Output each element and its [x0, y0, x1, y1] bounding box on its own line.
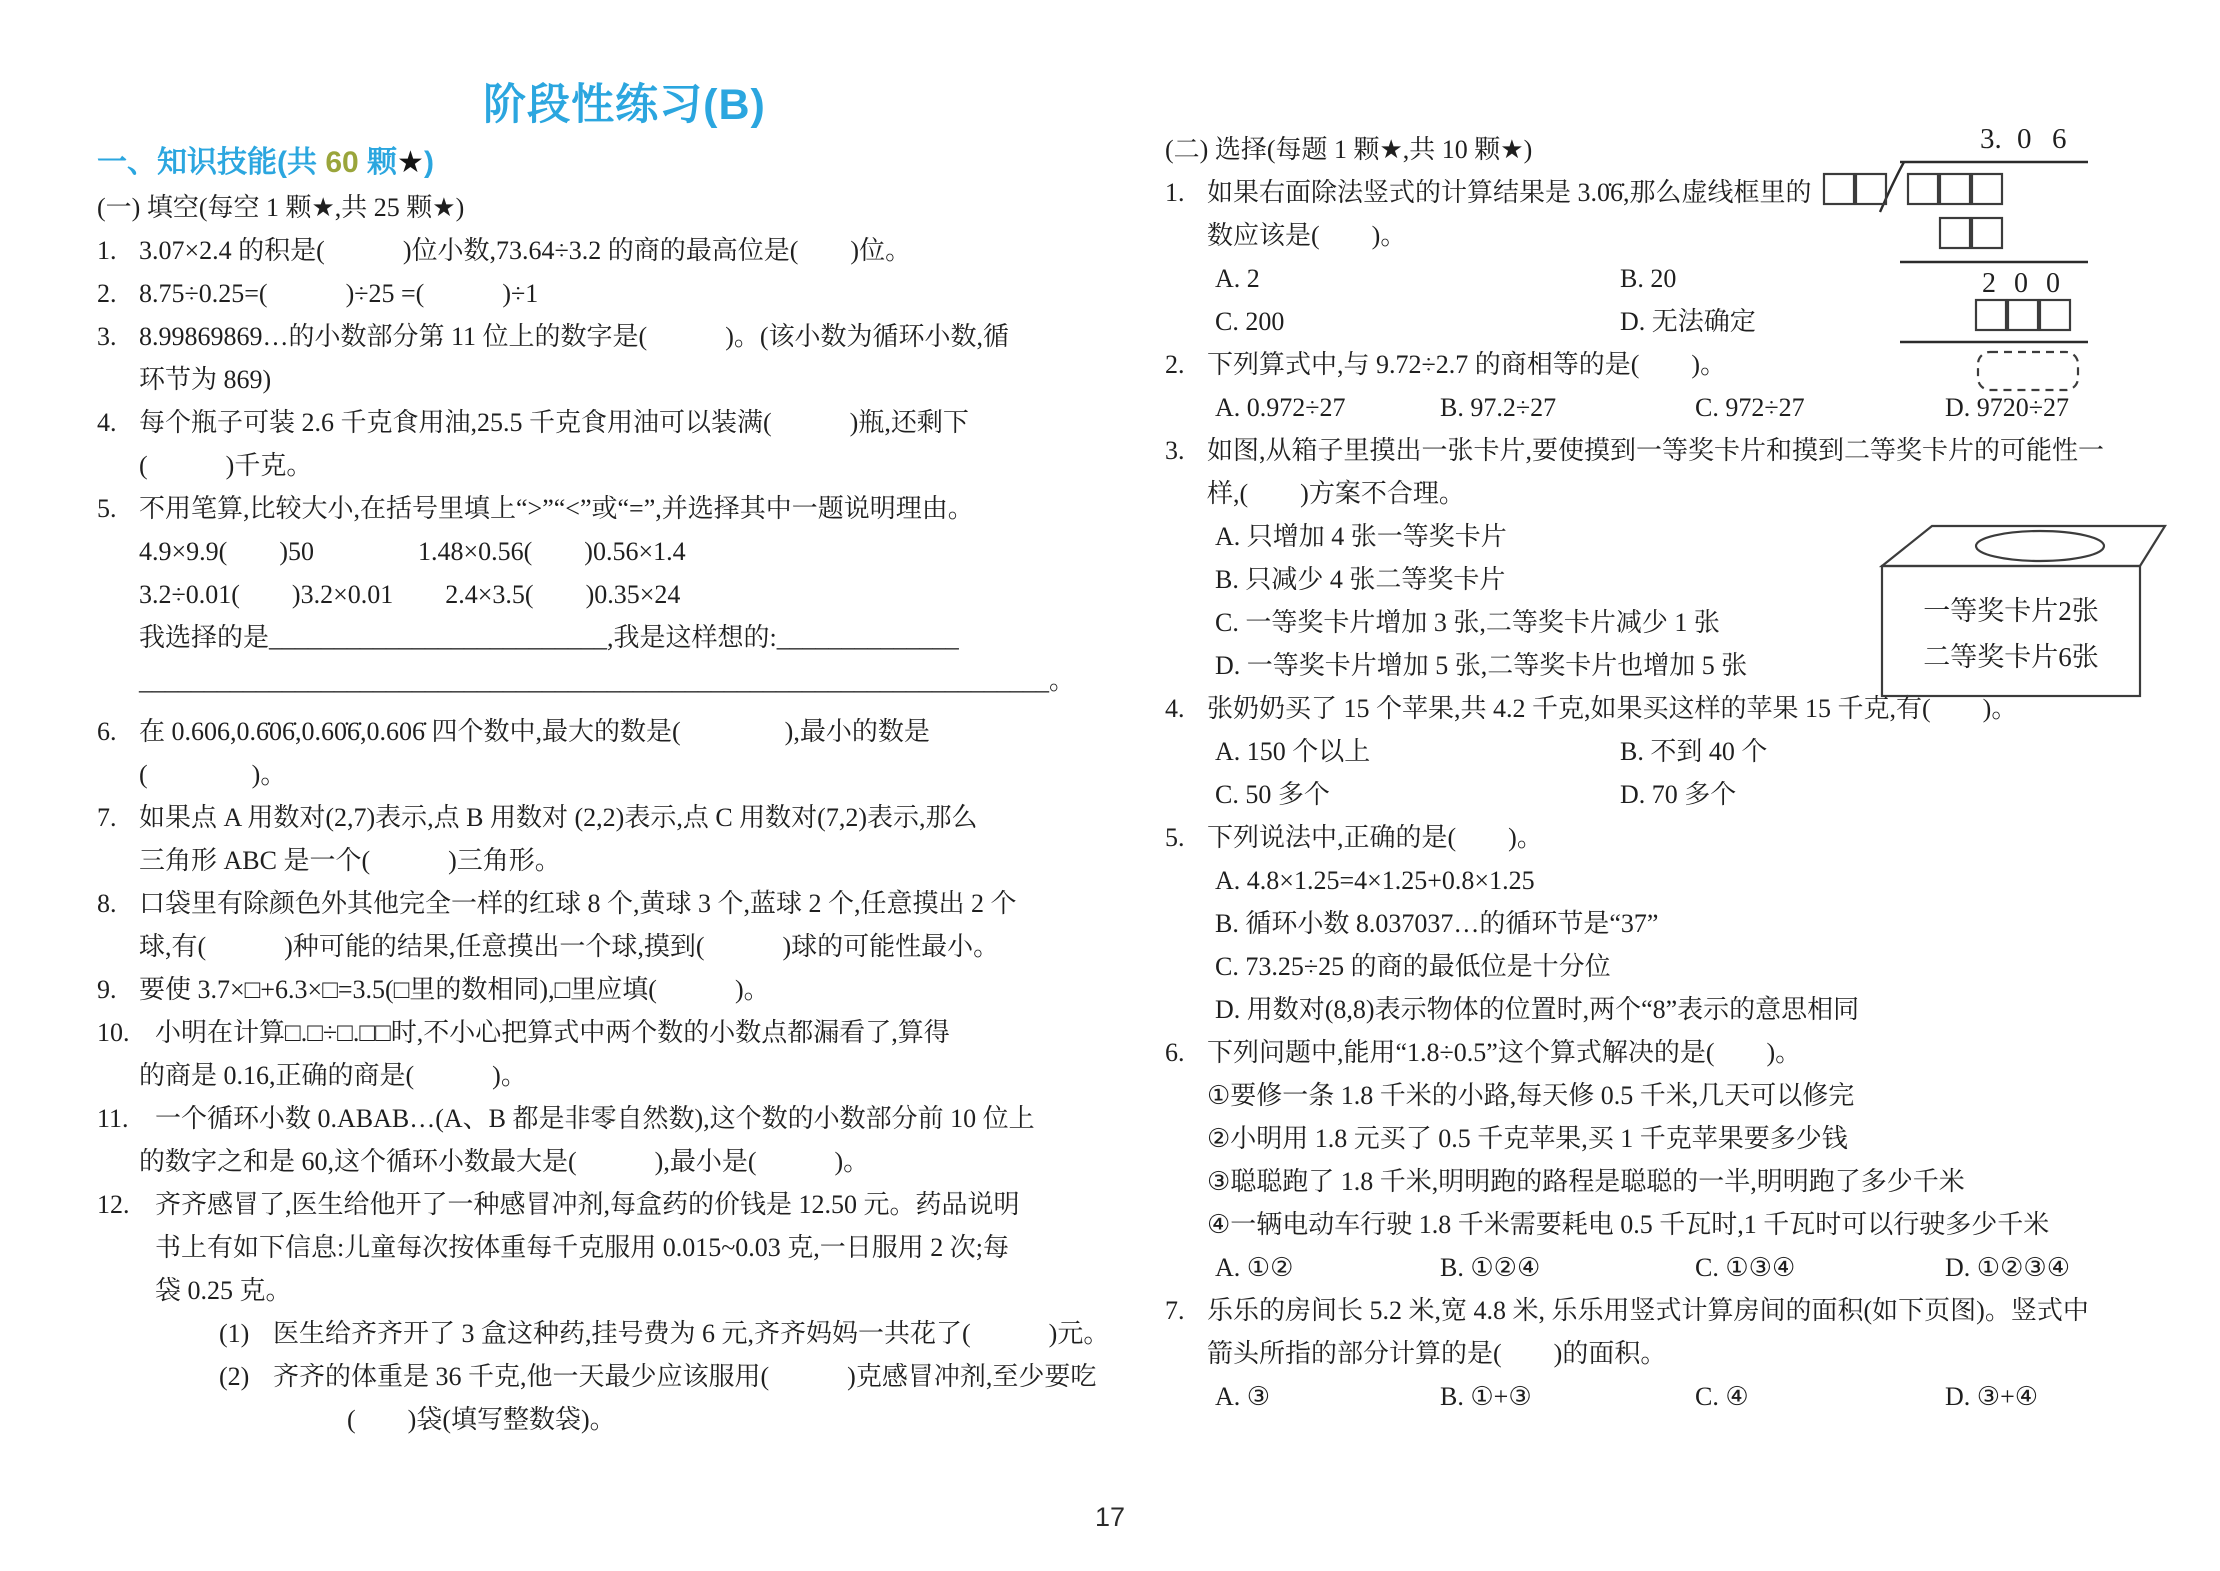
- page-title: 阶段性练习(B): [97, 76, 1152, 134]
- problem-12-cont-2: 袋 0.25 克。: [97, 1269, 1152, 1312]
- problem-number: 7.: [1165, 1289, 1207, 1332]
- choice-3-cont: 样,( )方案不合理。: [1165, 472, 2165, 515]
- choice-6-item-1: ①要修一条 1.8 千米的小路,每天修 0.5 千米,几天可以修完: [1165, 1074, 2165, 1117]
- problem-text: 8.75÷0.25=( )÷25 =( )÷1: [139, 279, 538, 308]
- dividend-box: [1908, 174, 1938, 204]
- choice-4-options-row1: A. 150 个以上B. 不到 40 个: [1165, 730, 2165, 773]
- problem-4: 4.每个瓶子可装 2.6 千克食用油,25.5 千克食用油可以装满( )瓶,还剩…: [97, 401, 1152, 444]
- problem-2: 2.8.75÷0.25=( )÷25 =( )÷1: [97, 272, 1152, 315]
- problem-number: 4.: [1165, 687, 1207, 730]
- problem-text: 一个循环小数 0.ABAB…(A、B 都是非零自然数),这个数的小数部分前 10…: [155, 1104, 1035, 1133]
- choice-5-option-d: D. 用数对(8,8)表示物体的位置时,两个“8”表示的意思相同: [1165, 988, 2165, 1031]
- problem-12-sub-1: (1)医生给齐齐开了 3 盒这种药,挂号费为 6 元,齐齐妈妈一共花了( )元。: [97, 1312, 1152, 1355]
- section1-heading-mid: 颗: [359, 146, 397, 179]
- problem-number: 7.: [97, 796, 139, 839]
- section1-heading: 一、知识技能(共 60 颗★): [97, 140, 1152, 186]
- quotient-digit: 6: [2052, 123, 2067, 155]
- choice-5: 5.下列说法中,正确的是( )。: [1165, 816, 2165, 859]
- problem-11: 11.一个循环小数 0.ABAB…(A、B 都是非零自然数),这个数的小数部分前…: [97, 1097, 1152, 1140]
- problem-5-answer-blank: 我选择的是__________________________,我是这样想的:_…: [97, 616, 1152, 659]
- option-b: B. ①②④: [1440, 1246, 1695, 1289]
- box-front-face: [1882, 566, 2140, 696]
- problem-number: 11.: [97, 1097, 155, 1140]
- sub-problem-number: (1): [219, 1312, 273, 1355]
- option-a: A. ③: [1215, 1375, 1440, 1418]
- option-d: D. 无法确定: [1620, 300, 1756, 343]
- problem-text: 齐齐感冒了,医生给他开了一种感冒冲剂,每盒药的价钱是 12.50 元。药品说明: [155, 1190, 1020, 1219]
- option-d: D. ①②③④: [1945, 1246, 2070, 1289]
- problem-number: 4.: [97, 401, 139, 444]
- problem-text: 乐乐的房间长 5.2 米,宽 4.8 米, 乐乐用竖式计算房间的面积(如下页图)…: [1207, 1296, 2089, 1325]
- problem-text: 下列说法中,正确的是( )。: [1207, 823, 1543, 852]
- problem-number: 3.: [1165, 429, 1207, 472]
- option-d: D. 70 多个: [1620, 773, 1736, 816]
- problem-12-cont-1: 书上有如下信息:儿童每次按体重每千克服用 0.015~0.03 克,一日服用 2…: [97, 1226, 1152, 1269]
- divisor-box: [1856, 174, 1886, 204]
- problem-12-sub-2: (2)齐齐的体重是 36 千克,他一天最少应该服用( )克感冒冲剂,至少要吃: [97, 1355, 1152, 1398]
- subtrahend-box: [1972, 218, 2002, 248]
- choice-6-item-3: ③聪聪跑了 1.8 千米,明明跑的路程是聪聪的一半,明明跑了多少千米: [1165, 1160, 2165, 1203]
- problem-1: 1.3.07×2.4 的积是( )位小数,73.64÷3.2 的商的最高位是( …: [97, 229, 1152, 272]
- remainder-digit: 2: [1982, 268, 1996, 299]
- problem-text: 口袋里有除颜色外其他完全一样的红球 8 个,黄球 3 个,蓝球 2 个,任意摸出…: [139, 889, 1017, 918]
- prize-box-diagram: 一等奖卡片2张 二等奖卡片6张: [1868, 520, 2168, 715]
- section1-heading-pre: 一、知识技能(共: [97, 146, 325, 179]
- option-c: C. ①③④: [1695, 1246, 1945, 1289]
- problem-text: 不用笔算,比较大小,在括号里填上“>”“<”或“=”,并选择其中一题说明理由。: [139, 494, 974, 523]
- problem-number: 3.: [97, 315, 139, 358]
- worksheet-page: 阶段性练习(B) 一、知识技能(共 60 颗★) (一) 填空(每空 1 颗★,…: [0, 0, 2220, 1571]
- dividend-box: [1940, 174, 1970, 204]
- option-c: C. ④: [1695, 1375, 1945, 1418]
- option-b: B. ①+③: [1440, 1375, 1695, 1418]
- left-column: 阶段性练习(B) 一、知识技能(共 60 颗★) (一) 填空(每空 1 颗★,…: [97, 76, 1152, 1441]
- option-a: A. 0.972÷27: [1215, 386, 1440, 429]
- problem-number: 10.: [97, 1011, 155, 1054]
- sub-problem-text: 医生给齐齐开了 3 盒这种药,挂号费为 6 元,齐齐妈妈一共花了( )元。: [273, 1319, 1109, 1348]
- problem-text: 要使 3.7×□+6.3×□=3.5(□里的数相同),□里应填( )。: [139, 975, 770, 1004]
- page-number: 17: [0, 1502, 2220, 1533]
- choice-7-cont: 箭头所指的部分计算的是( )的面积。: [1165, 1332, 2165, 1375]
- choice-6-item-4: ④一辆电动车行驶 1.8 千米需要耗电 0.5 千瓦时,1 千瓦时可以行驶多少千…: [1165, 1203, 2165, 1246]
- problem-5-answer-line: ________________________________________…: [97, 659, 1152, 702]
- problem-number: 2.: [97, 272, 139, 315]
- quotient-digit: 0: [2017, 123, 2032, 155]
- problem-10: 10.小明在计算□.□÷□.□□时,不小心把算式中两个数的小数点都漏看了,算得: [97, 1011, 1152, 1054]
- star-icon: ★: [397, 146, 424, 179]
- problem-11-cont: 的数字之和是 60,这个循环小数最大是( ),最小是( )。: [97, 1140, 1152, 1183]
- problem-6-cont: ( )。: [97, 753, 1152, 796]
- problem-text: 如果点 A 用数对(2,7)表示,点 B 用数对 (2,2)表示,点 C 用数对…: [139, 803, 977, 832]
- remainder-digit: 0: [2046, 268, 2060, 299]
- remainder-digit: 0: [2014, 268, 2028, 299]
- option-d: D. ③+④: [1945, 1375, 2038, 1418]
- remainder-box: [2008, 300, 2038, 330]
- remainder-box: [2040, 300, 2070, 330]
- problem-6: 6.在 0.606,0.6̇06̇,0.60̇6̇,0.606̇ 四个数中,最大…: [97, 710, 1152, 753]
- long-division-diagram: 3. 0 6 2 0 0: [1820, 92, 2125, 397]
- box-opening: [1976, 531, 2104, 561]
- prize-card-label-1: 一等奖卡片2张: [1923, 596, 2099, 626]
- problem-8: 8.口袋里有除颜色外其他完全一样的红球 8 个,黄球 3 个,蓝球 2 个,任意…: [97, 882, 1152, 925]
- problem-5: 5.不用笔算,比较大小,在括号里填上“>”“<”或“=”,并选择其中一题说明理由…: [97, 487, 1152, 530]
- problem-7: 7.如果点 A 用数对(2,7)表示,点 B 用数对 (2,2)表示,点 C 用…: [97, 796, 1152, 839]
- problem-7-cont: 三角形 ABC 是一个( )三角形。: [97, 839, 1152, 882]
- prize-card-label-2: 二等奖卡片6张: [1923, 642, 2099, 672]
- problem-5-expressions-row1: 4.9×9.9( )50 1.48×0.56( )0.56×1.4: [97, 530, 1152, 573]
- problem-3-cont: 环节为 869): [97, 358, 1152, 401]
- problem-4-cont: ( )千克。: [97, 444, 1152, 487]
- option-a: A. 150 个以上: [1215, 730, 1620, 773]
- problem-12-sub-2-cont: ( )袋(填写整数袋)。: [97, 1398, 1152, 1441]
- problem-5-expressions-row2: 3.2÷0.01( )3.2×0.01 2.4×3.5( )0.35×24: [97, 573, 1152, 616]
- problem-text: 在 0.606,0.6̇06̇,0.60̇6̇,0.606̇ 四个数中,最大的数…: [139, 717, 930, 746]
- problem-12: 12.齐齐感冒了,医生给他开了一种感冒冲剂,每盒药的价钱是 12.50 元。药品…: [97, 1183, 1152, 1226]
- problem-text: 3.07×2.4 的积是( )位小数,73.64÷3.2 的商的最高位是( )位…: [139, 236, 911, 265]
- problem-9: 9.要使 3.7×□+6.3×□=3.5(□里的数相同),□里应填( )。: [97, 968, 1152, 1011]
- problem-number: 5.: [1165, 816, 1207, 859]
- choice-6-item-2: ②小明用 1.8 元买了 0.5 千克苹果,买 1 千克苹果要多少钱: [1165, 1117, 2165, 1160]
- problem-text: 下列算式中,与 9.72÷2.7 的商相等的是( )。: [1207, 350, 1726, 379]
- problem-text: 下列问题中,能用“1.8÷0.5”这个算式解决的是( )。: [1207, 1038, 1801, 1067]
- option-b: B. 不到 40 个: [1620, 730, 1767, 773]
- problem-3: 3.8.99869869…的小数部分第 11 位上的数字是( )。(该小数为循环…: [97, 315, 1152, 358]
- option-b: B. 20: [1620, 257, 1676, 300]
- problem-number: 9.: [97, 968, 139, 1011]
- dashed-answer-box: [1978, 352, 2078, 390]
- problem-number: 8.: [97, 882, 139, 925]
- problem-number: 6.: [97, 710, 139, 753]
- problem-8-cont: 球,有( )种可能的结果,任意摸出一个球,摸到( )球的可能性最小。: [97, 925, 1152, 968]
- sub-problem-number: (2): [219, 1355, 273, 1398]
- divisor-box: [1824, 174, 1854, 204]
- problem-number: 12.: [97, 1183, 155, 1226]
- section1-heading-close: ): [424, 146, 434, 179]
- problem-10-cont: 的商是 0.16,正确的商是( )。: [97, 1054, 1152, 1097]
- problem-number: 6.: [1165, 1031, 1207, 1074]
- dividend-box: [1972, 174, 2002, 204]
- choice-3: 3.如图,从箱子里摸出一张卡片,要使摸到一等奖卡片和摸到二等奖卡片的可能性一: [1165, 429, 2165, 472]
- problem-number: 2.: [1165, 343, 1207, 386]
- option-a: A. 2: [1215, 257, 1620, 300]
- choice-5-option-a: A. 4.8×1.25=4×1.25+0.8×1.25: [1165, 859, 2165, 902]
- option-a: A. ①②: [1215, 1246, 1440, 1289]
- option-c: C. 200: [1215, 300, 1620, 343]
- choice-7-options: A. ③B. ①+③C. ④D. ③+④: [1165, 1375, 2165, 1418]
- problem-text: 每个瓶子可装 2.6 千克食用油,25.5 千克食用油可以装满( )瓶,还剩下: [139, 408, 969, 437]
- problem-number: 1.: [97, 229, 139, 272]
- problem-number: 5.: [97, 487, 139, 530]
- option-b: B. 97.2÷27: [1440, 386, 1695, 429]
- problem-text: 小明在计算□.□÷□.□□时,不小心把算式中两个数的小数点都漏看了,算得: [155, 1018, 950, 1047]
- problem-text: 如果右面除法竖式的计算结果是 3.0̇6̇,那么虚线框里的: [1207, 178, 1812, 207]
- problem-text: 8.99869869…的小数部分第 11 位上的数字是( )。(该小数为循环小数…: [139, 322, 1009, 351]
- choice-4-options-row2: C. 50 多个D. 70 多个: [1165, 773, 2165, 816]
- problem-text: 如图,从箱子里摸出一张卡片,要使摸到一等奖卡片和摸到二等奖卡片的可能性一: [1207, 436, 2104, 465]
- subtrahend-box: [1940, 218, 1970, 248]
- sub-problem-text: 齐齐的体重是 36 千克,他一天最少应该服用( )克感冒冲剂,至少要吃: [273, 1362, 1096, 1391]
- choice-6-options: A. ①②B. ①②④C. ①③④D. ①②③④: [1165, 1246, 2165, 1289]
- quotient-digit: 3.: [1980, 123, 2002, 155]
- choice-6: 6.下列问题中,能用“1.8÷0.5”这个算式解决的是( )。: [1165, 1031, 2165, 1074]
- choice-5-option-b: B. 循环小数 8.037037…的循环节是“37”: [1165, 902, 2165, 945]
- option-c: C. 50 多个: [1215, 773, 1620, 816]
- problem-number: 1.: [1165, 171, 1207, 214]
- remainder-box: [1976, 300, 2006, 330]
- fill-in-section-heading: (一) 填空(每空 1 颗★,共 25 颗★): [97, 186, 1152, 229]
- section1-star-count: 60: [325, 146, 358, 179]
- choice-7: 7.乐乐的房间长 5.2 米,宽 4.8 米, 乐乐用竖式计算房间的面积(如下页…: [1165, 1289, 2165, 1332]
- choice-5-option-c: C. 73.25÷25 的商的最低位是十分位: [1165, 945, 2165, 988]
